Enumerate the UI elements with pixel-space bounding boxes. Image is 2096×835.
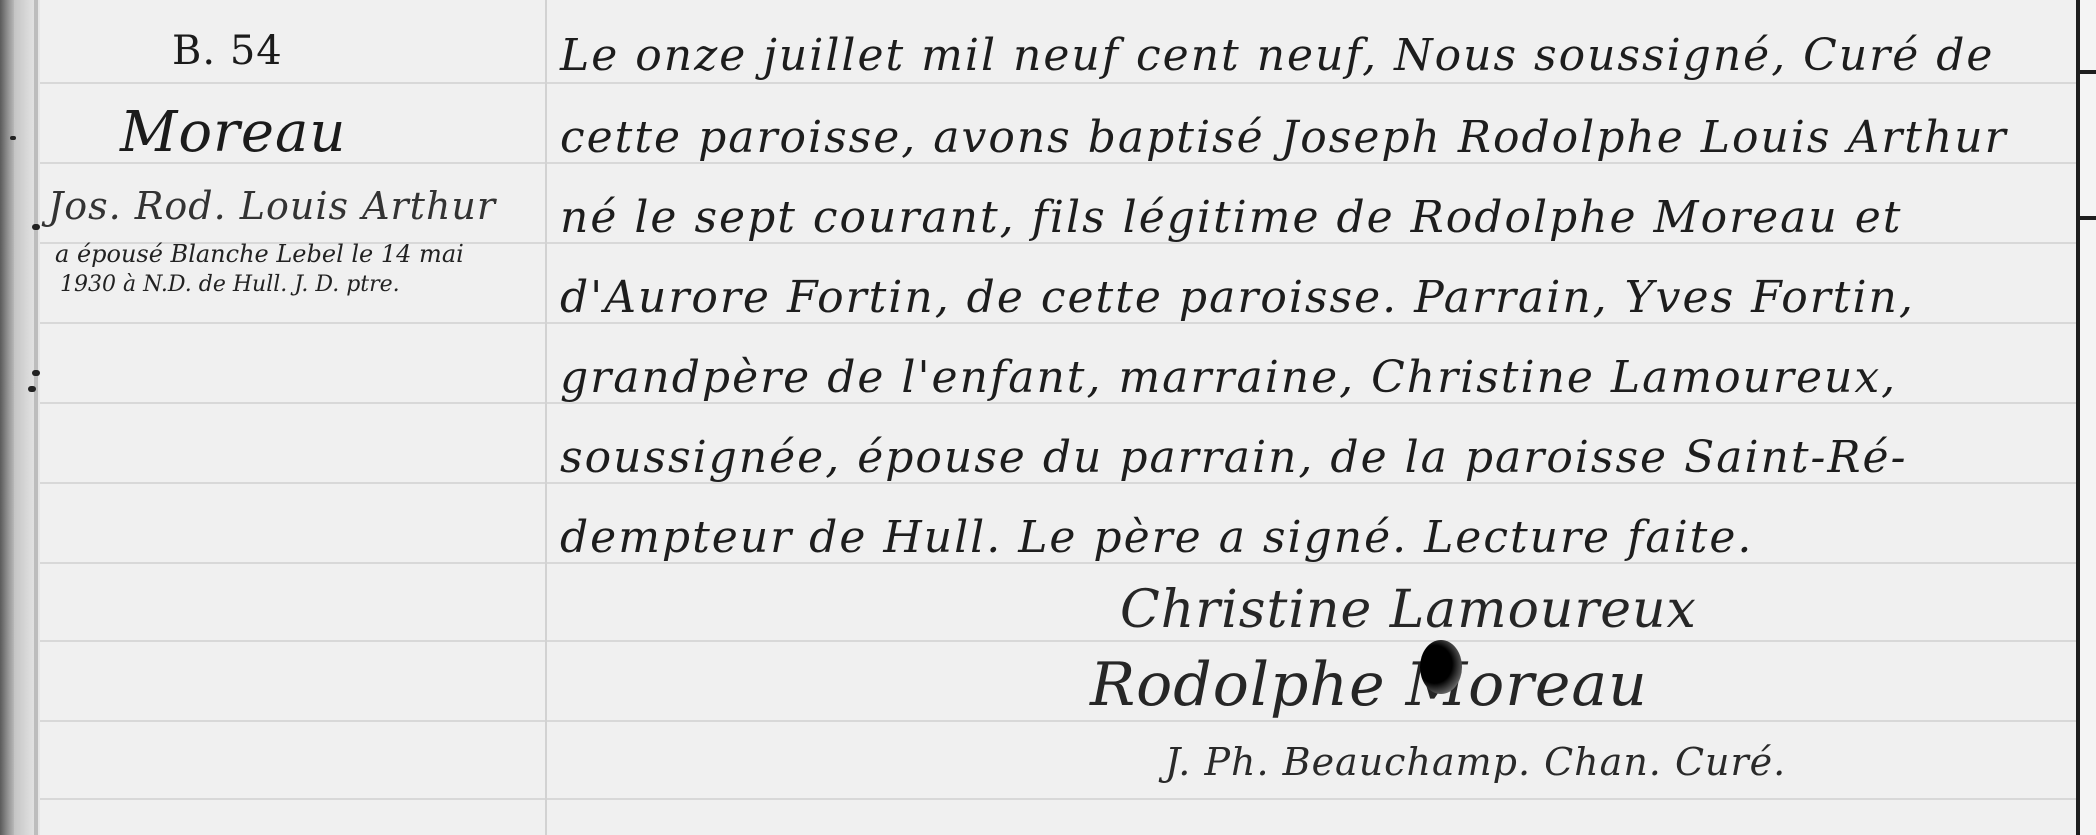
given-names: Jos. Rod. Louis Arthur	[48, 184, 496, 228]
ruled-line	[40, 798, 2096, 800]
entry-line-6: soussignée, épouse du parrain, de la par…	[560, 432, 1907, 483]
godmother-signature: Christine Lamoureux	[1120, 580, 1697, 640]
marriage-annotation-line-2: 1930 à N.D. de Hull. J. D. ptre.	[60, 272, 400, 297]
entry-line-5: grandpère de l'enfant, marraine, Christi…	[560, 352, 1897, 403]
entry-line-7: dempteur de Hull. Le père a signé. Lectu…	[560, 512, 1753, 563]
marriage-annotation-line-1: a épousé Blanche Lebel le 14 mai	[55, 240, 464, 268]
register-page: B. 54 Moreau Jos. Rod. Louis Arthur a ép…	[0, 0, 2096, 835]
column-divider	[545, 0, 547, 835]
entry-line-3: né le sept courant, fils légitime de Rod…	[560, 192, 1902, 243]
binding-gutter	[0, 0, 14, 835]
entry-line-1: Le onze juillet mil neuf cent neuf, Nous…	[560, 30, 1994, 81]
entry-line-4: d'Aurore Fortin, de cette paroisse. Parr…	[560, 272, 1915, 323]
ruled-line	[40, 720, 2096, 722]
ink-blot	[1420, 640, 1462, 694]
father-signature: Rodolphe Moreau	[1090, 650, 1648, 720]
binding-mark	[28, 386, 36, 392]
binding-mark	[10, 136, 16, 140]
frame-notch	[2076, 216, 2096, 220]
entry-number: B. 54	[172, 28, 283, 74]
binding-mark	[32, 224, 40, 230]
frame-notch	[2076, 70, 2096, 74]
margin-rule-vertical	[34, 0, 38, 835]
entry-line-2: cette paroisse, avons baptisé Joseph Rod…	[560, 112, 2008, 163]
priest-signature: J. Ph. Beauchamp. Chan. Curé.	[1165, 740, 1786, 784]
ruled-line	[40, 82, 2096, 84]
surname-heading: Moreau	[120, 100, 346, 165]
ruled-line	[40, 640, 2096, 642]
right-frame-margin	[2080, 0, 2096, 835]
binding-mark	[32, 370, 40, 376]
